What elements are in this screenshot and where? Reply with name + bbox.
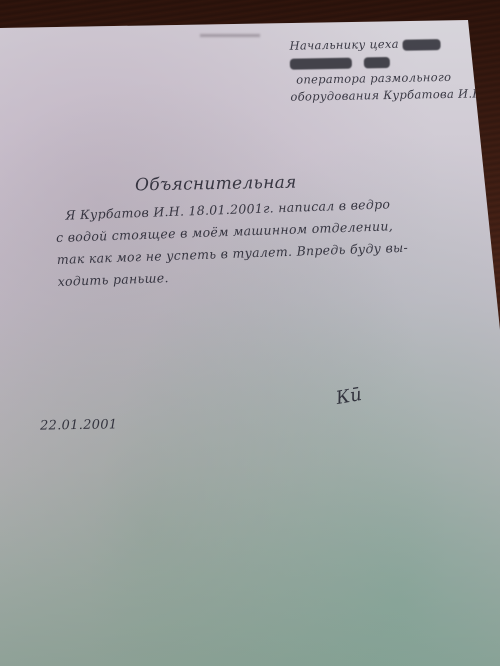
redacted-mark	[364, 56, 390, 67]
addressee-line-4: оборудования Курбатова И.Н.	[290, 85, 487, 105]
document-date: 22.01.2001	[40, 417, 118, 433]
paper-smudge	[200, 34, 260, 37]
document-title: Объяснительная	[135, 173, 297, 196]
addressee-block: Начальнику цеха оператора размольного об…	[289, 34, 486, 105]
redacted-mark	[290, 57, 352, 69]
signature: Кӣ	[334, 384, 363, 409]
addressee-position: Начальнику цеха	[289, 37, 399, 53]
document-body: Я Курбатов И.Н. 18.01.2001г. написал в в…	[55, 193, 409, 293]
redacted-mark	[403, 39, 441, 51]
paper-sheet: Начальнику цеха оператора размольного об…	[0, 0, 500, 666]
